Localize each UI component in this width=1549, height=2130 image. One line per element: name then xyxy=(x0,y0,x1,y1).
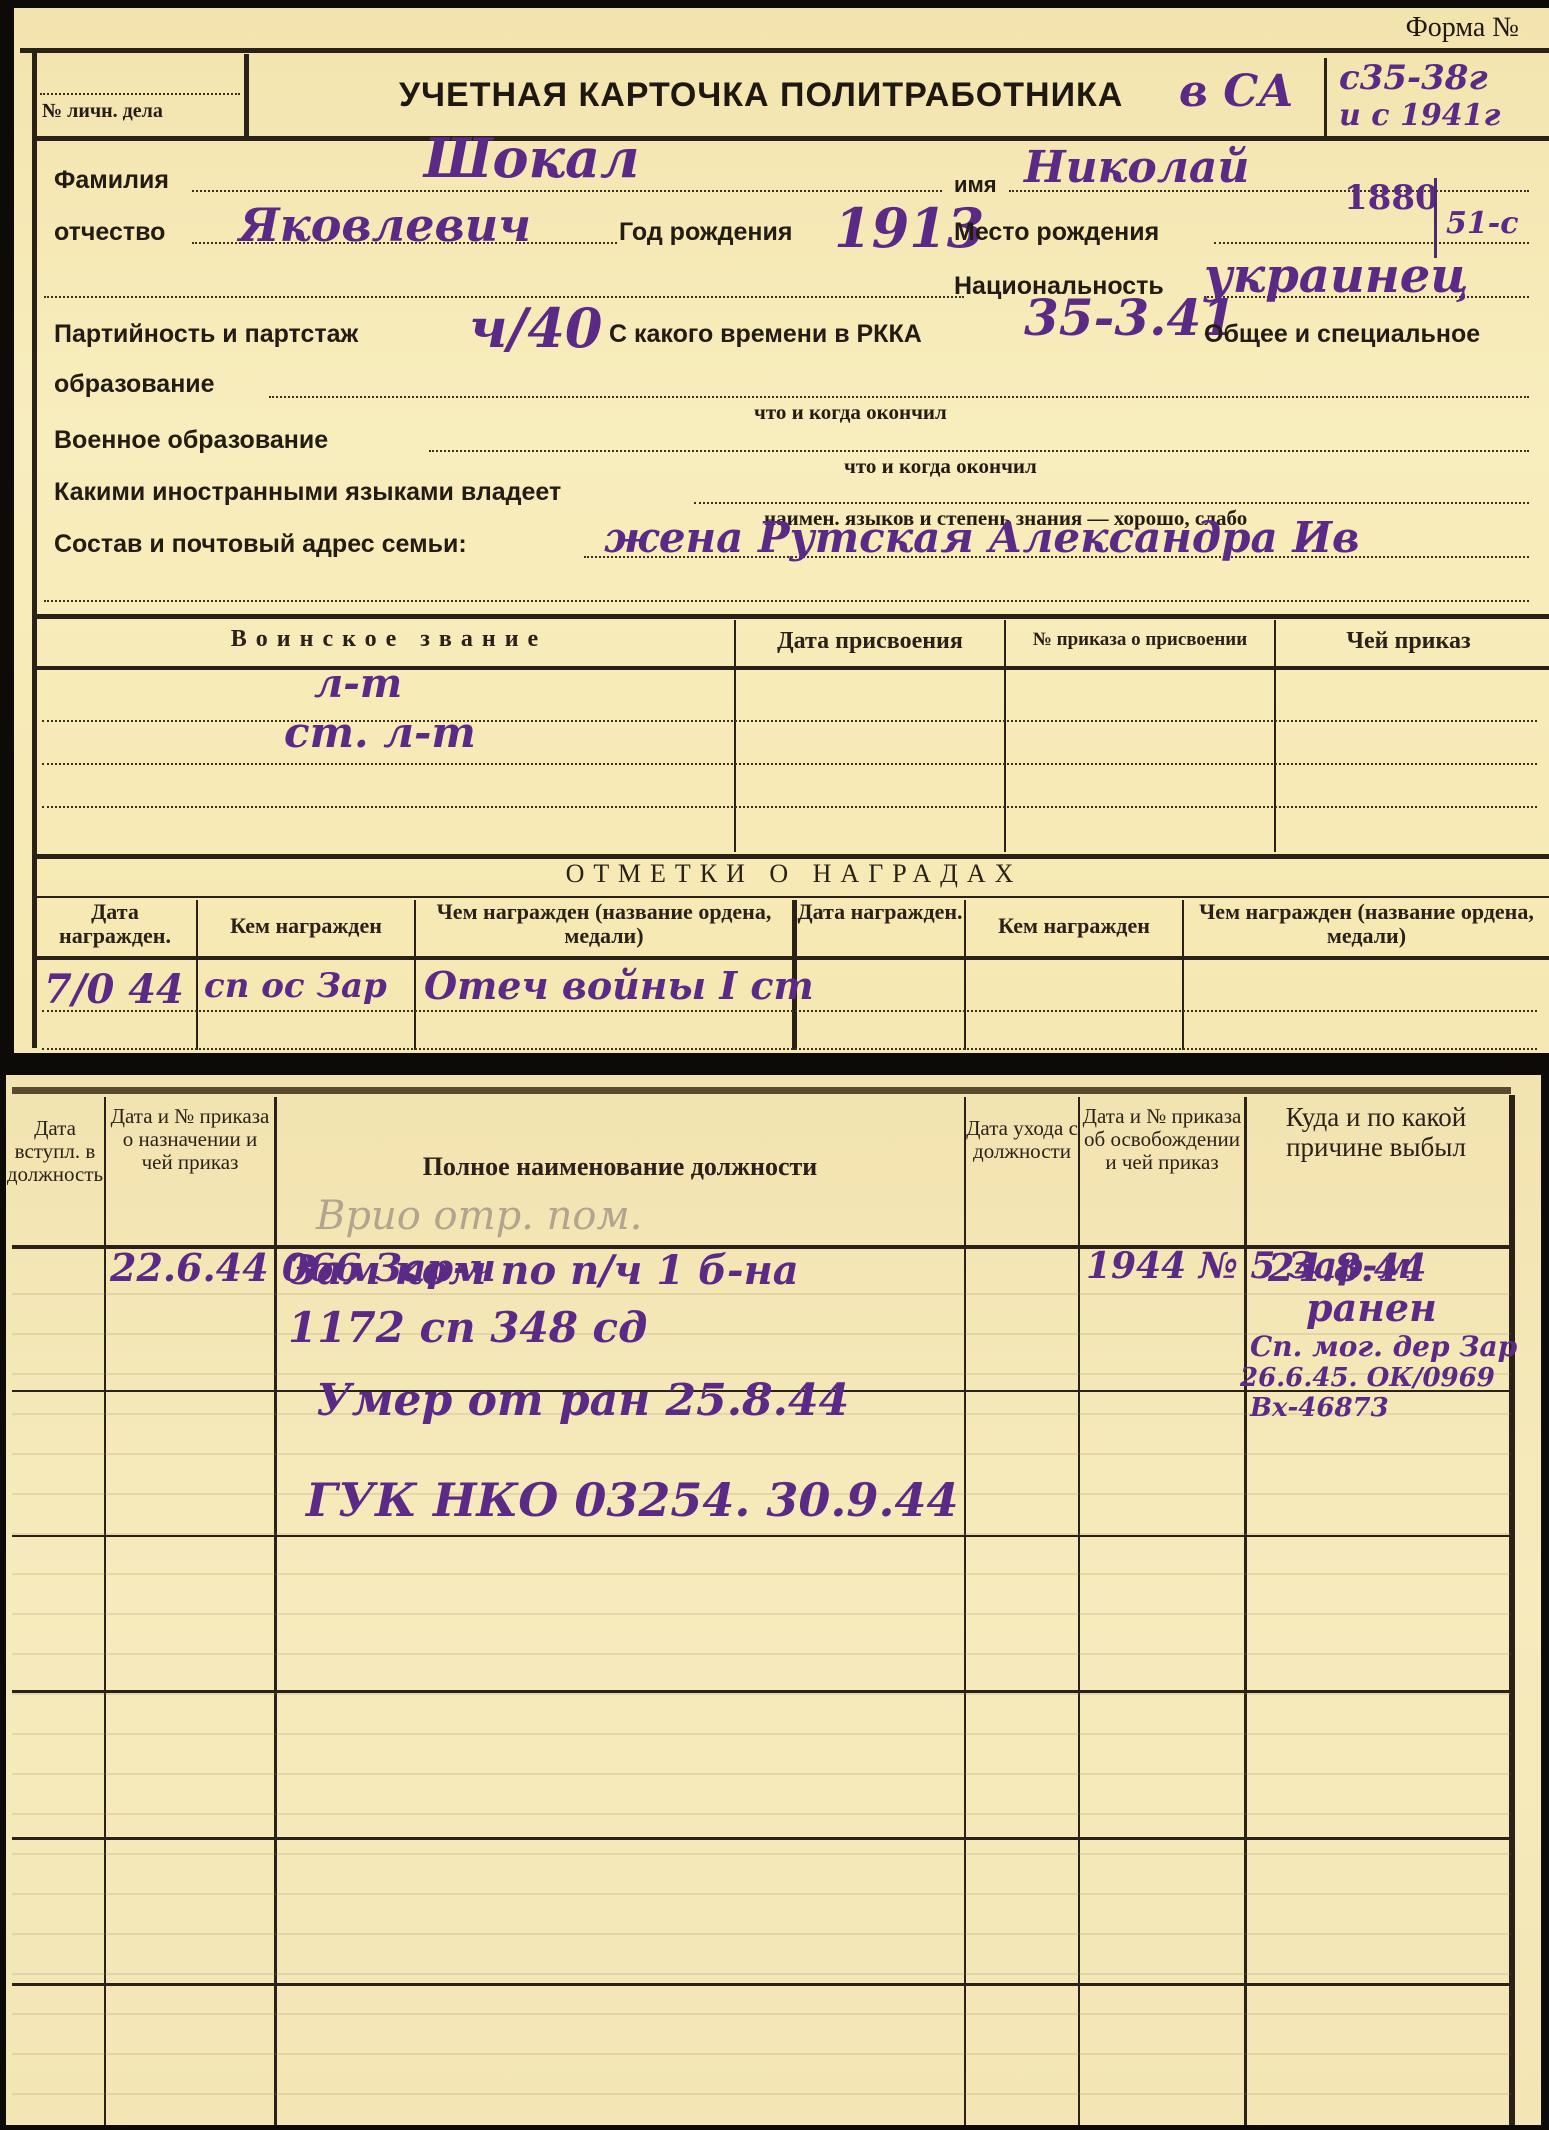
award-what-header-1: Чем награжден (название ордена, медали) xyxy=(416,900,792,948)
name-label: имя xyxy=(954,172,997,198)
languages-label: Какими иностранными языками владеет xyxy=(54,478,561,507)
appointment-order-header: Дата и № приказа о назначении и чей прик… xyxy=(106,1105,274,1174)
general-education-label: Общее и специальное xyxy=(1204,320,1480,349)
reason-line-5: Вх-46873 xyxy=(1250,1393,1389,1423)
leave-date-header: Дата ухода с должности xyxy=(966,1117,1078,1163)
form-number-label: Форма № xyxy=(1406,12,1519,44)
card-title: УЧЕТНАЯ КАРТОЧКА ПОЛИТРАБОТНИКА xyxy=(399,76,1123,115)
party-label: Партийность и партстаж xyxy=(54,320,358,349)
rank-date-header: Дата присвоения xyxy=(736,628,1004,654)
award-by-header-1: Кем награжден xyxy=(198,914,414,938)
award-row-line-2 xyxy=(42,1048,1537,1050)
birthplace-line xyxy=(1214,242,1529,244)
name-value: Николай xyxy=(1024,142,1249,193)
rank-whose-header: Чей приказ xyxy=(1276,628,1541,654)
nationality-value: украинец xyxy=(1204,248,1469,304)
header-top-rule xyxy=(20,48,1549,53)
rank-row-line-2 xyxy=(42,763,1537,765)
corner-annotation-1: с35-38г xyxy=(1339,58,1488,98)
position-title-header: Полное наименование должности xyxy=(276,1153,964,1182)
award-by-value: сп ос Зар xyxy=(204,966,387,1006)
side-note-divider xyxy=(1434,178,1437,258)
family-line-2 xyxy=(44,600,1529,602)
corner-annotation-2: и с 1941г xyxy=(1339,98,1500,133)
annotation-divider xyxy=(1324,58,1327,138)
personal-file-label: № личн. дела xyxy=(42,100,163,123)
surname-label: Фамилия xyxy=(54,166,169,195)
award-what-value: Отеч войны I ст xyxy=(424,963,814,1008)
header-divider xyxy=(244,54,249,138)
rank-row-line-3 xyxy=(42,806,1537,808)
title-annotation: в СА xyxy=(1179,66,1294,117)
position-line-2: 1172 сп 348 сд xyxy=(288,1303,647,1352)
award-by-header-2: Кем награжден xyxy=(966,914,1182,938)
file-number-line xyxy=(40,93,240,95)
release-order-header: Дата и № приказа об освобождении и чей п… xyxy=(1080,1105,1244,1174)
reason-line-3: Сп. мог. дер Зар xyxy=(1250,1330,1517,1363)
education-line xyxy=(269,396,1529,398)
position-line-4: ГУК НКО 03254. 30.9.44 xyxy=(306,1473,958,1527)
ranks-header-rule xyxy=(32,666,1549,670)
reason-line-2: ранен xyxy=(1306,1285,1437,1330)
award-date-value: 7/0 44 xyxy=(44,966,184,1013)
start-date-header: Дата вступл. в должность xyxy=(6,1117,104,1186)
card-front: Форма № № личн. дела УЧЕТНАЯ КАРТОЧКА ПО… xyxy=(14,8,1549,1053)
rank-order-header: № приказа о присвоении xyxy=(1006,630,1274,651)
patronymic-value: Яковлевич xyxy=(239,198,531,252)
ranks-top-rule xyxy=(32,614,1549,619)
military-education-hint: что и когда окончил xyxy=(844,454,1037,479)
family-label: Состав и почтовый адрес семьи: xyxy=(54,530,467,559)
military-education-label: Военное образование xyxy=(54,426,328,455)
military-education-line xyxy=(429,450,1529,452)
rkka-label: С какого времени в РККА xyxy=(609,320,922,349)
rank-col-3 xyxy=(1274,620,1276,852)
education-hint: что и когда окончил xyxy=(754,400,947,425)
reason-line-4: 26.6.45. ОК/0969 xyxy=(1240,1363,1495,1393)
education-label: образование xyxy=(54,370,215,399)
award-what-header-2: Чем награжден (название ордена, медали) xyxy=(1184,900,1549,948)
rank-value-1: л-т xyxy=(314,660,402,707)
rank-header: Воинское звание xyxy=(44,626,734,652)
departure-reason-header: Куда и по какой причине выбыл xyxy=(1246,1103,1506,1162)
award-date-header-1: Дата награжден. xyxy=(34,900,196,948)
surname-value: Шокал xyxy=(424,126,640,190)
card-back: Дата вступл. в должность Дата и № приказ… xyxy=(6,1075,1541,2125)
header-bottom-rule xyxy=(32,136,1549,141)
award-date-header-2: Дата награжден. xyxy=(796,900,964,924)
rank-value-2: ст. л-т xyxy=(284,708,476,757)
service-top-rule xyxy=(12,1087,1511,1094)
position-line-3: Умер от ран 25.8.44 xyxy=(316,1375,849,1426)
side-note-2: 51-с xyxy=(1446,206,1518,241)
surname-line xyxy=(192,190,942,192)
faded-note: Врио отр. пом. xyxy=(316,1193,642,1239)
rank-col-2 xyxy=(1004,620,1006,852)
family-value: жена Рутская Александра Ив xyxy=(604,513,1360,562)
languages-line xyxy=(694,502,1529,504)
birth-year-label: Год рождения xyxy=(619,218,792,247)
birthplace-label: Место рождения xyxy=(954,218,1159,247)
rank-col-1 xyxy=(734,620,736,852)
awards-title-rule xyxy=(32,896,1549,898)
card-left-border xyxy=(32,48,37,1048)
awards-title: ОТМЕТКИ О НАГРАДАХ xyxy=(44,860,1544,889)
awards-header-rule xyxy=(32,956,1549,960)
patronymic-label: отчество xyxy=(54,218,165,247)
position-line-1: Зам ком по п/ч 1 б-на xyxy=(288,1247,799,1294)
rank-row-line-1 xyxy=(42,720,1537,722)
side-note-1: 1880 xyxy=(1344,178,1439,218)
party-value: ч/40 xyxy=(469,296,602,360)
award-row-line-1 xyxy=(42,1010,1537,1012)
reason-line-1: 24.8.44 xyxy=(1268,1245,1427,1290)
